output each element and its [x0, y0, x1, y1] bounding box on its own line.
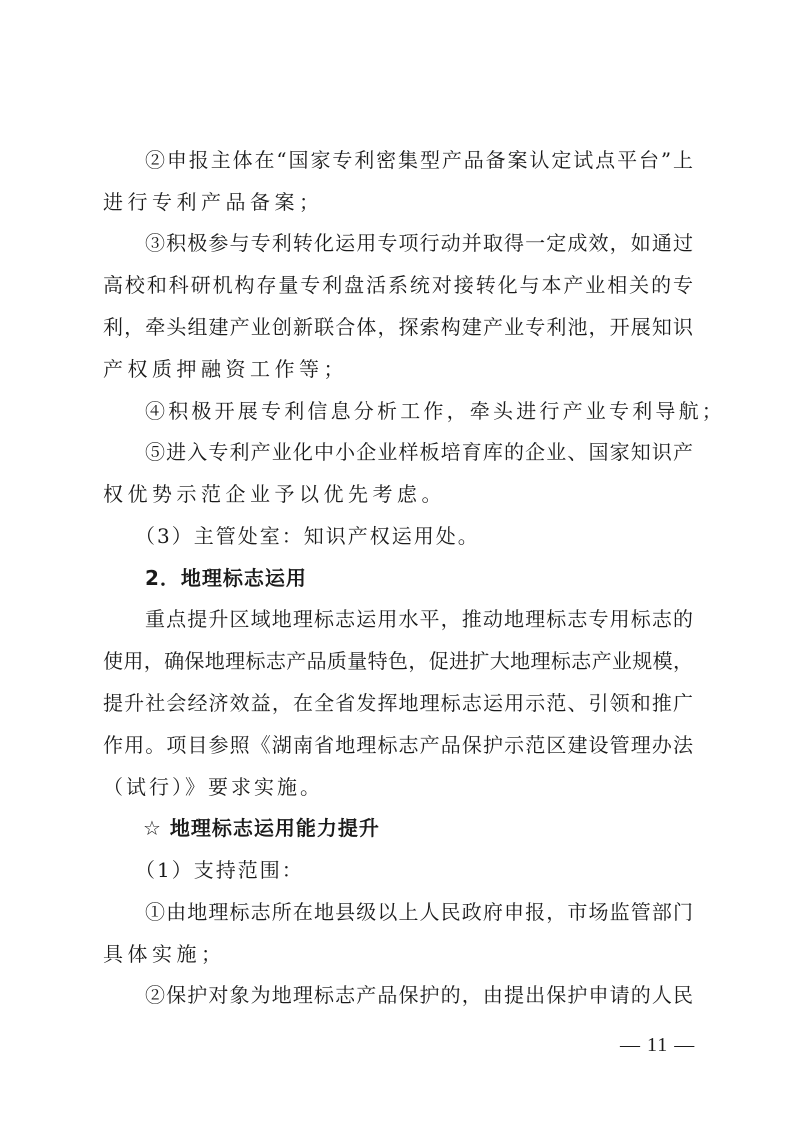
paragraph-line: ②保护对象为地理标志产品保护的，由提出保护申请的人民 — [145, 980, 693, 1010]
paragraph-line: 利，牵头组建产业创新联合体，探索构建产业专利池，开展知识 — [103, 312, 693, 342]
section-heading: 2．地理标志运用 — [145, 563, 307, 593]
paragraph-line: ③积极参与专利转化运用专项行动并取得一定成效，如通过 — [145, 228, 693, 258]
paragraph-line: 提升社会经济效益，在全省发挥地理标志运用示范、引领和推广 — [103, 688, 693, 718]
paragraph-line: ④积极开展专利信息分析工作，牵头进行产业专利导航； — [145, 396, 725, 426]
department-line: （3）主管处室：知识产权运用处。 — [135, 521, 480, 551]
paragraph-line: （试行）》要求实施。 — [103, 772, 323, 802]
paragraph-line: 具体实施； — [103, 939, 226, 969]
paragraph-line: 作用。项目参照《湖南省地理标志产品保护示范区建设管理办法 — [103, 730, 693, 760]
subsection-heading: ☆ 地理标志运用能力提升 — [143, 813, 380, 843]
paragraph-line: ①由地理标志所在地县级以上人民政府申报，市场监管部门 — [145, 897, 693, 927]
paragraph-line: 进行专利产品备案； — [103, 187, 324, 217]
paragraph-line: 重点提升区域地理标志运用水平，推动地理标志专用标志的 — [145, 604, 693, 634]
paragraph-line: 高校和科研机构存量专利盘活系统对接转化与本产业相关的专 — [103, 270, 693, 300]
paragraph-line: 权优势示范企业予以优先考虑。 — [103, 479, 446, 509]
page-number: — 11 — — [620, 1032, 695, 1058]
paragraph-line: 产权质押融资工作等； — [103, 354, 348, 384]
paragraph-line: 使用，确保地理标志产品质量特色，促进扩大地理标志产业规模， — [103, 646, 693, 676]
document-page: ②申报主体在“国家专利密集型产品备案认定试点平台”上 进行专利产品备案； ③积极… — [0, 0, 793, 1122]
paragraph-line: ⑤进入专利产业化中小企业样板培育库的企业、国家知识产 — [145, 437, 693, 467]
paragraph-line: ②申报主体在“国家专利密集型产品备案认定试点平台”上 — [145, 145, 693, 175]
paragraph-line: （1）支持范围： — [135, 855, 304, 885]
